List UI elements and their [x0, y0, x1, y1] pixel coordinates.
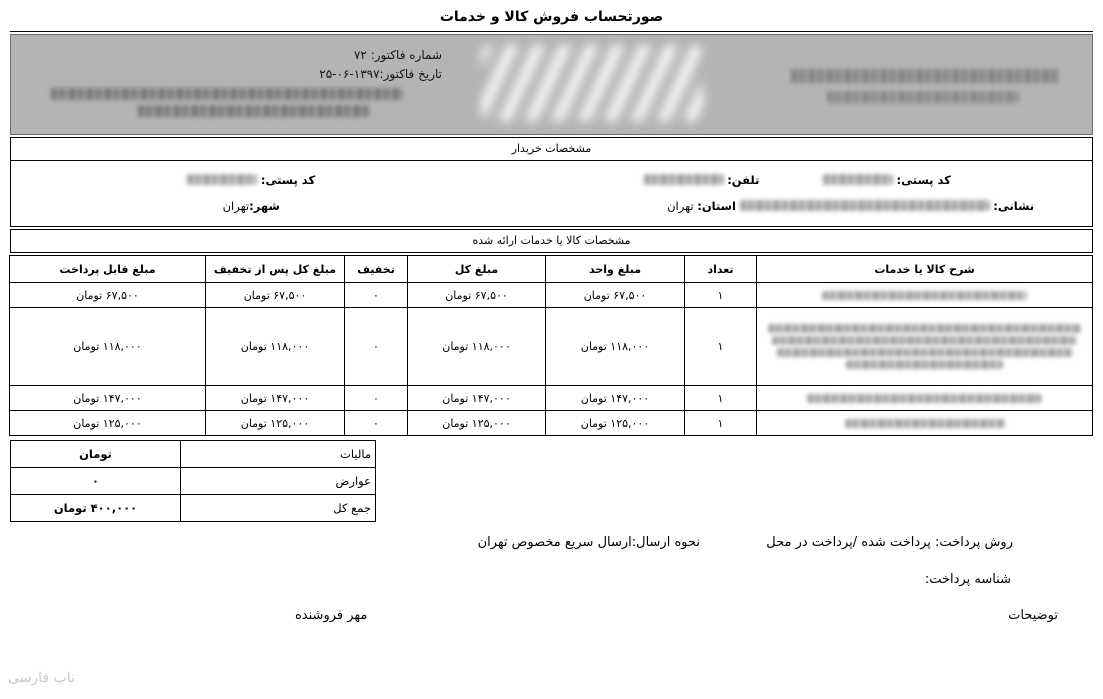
item-2-total: ۱۱۸,۰۰۰ تومان — [408, 308, 546, 386]
buyer-postal-code-2: کد پستی: — [71, 173, 431, 187]
items-header-row: شرح کالا یا خدمات تعداد مبلغ واحد مبلغ ک… — [10, 256, 1093, 283]
item-4-total: ۱۲۵,۰۰۰ تومان — [408, 411, 546, 436]
item-2-unit-price: ۱۱۸,۰۰۰ تومان — [546, 308, 685, 386]
item-row-3: ۱ ۱۴۷,۰۰۰ تومان ۱۴۷,۰۰۰ تومان ۰ ۱۴۷,۰۰۰ … — [10, 386, 1093, 411]
col-header-description: شرح کالا یا خدمات — [757, 256, 1093, 283]
items-section-title: مشخصات کالا یا خدمات ارائه شده — [10, 229, 1093, 253]
item-1-unit-price: ۶۷,۵۰۰ تومان — [546, 283, 685, 308]
item-1-total-after-discount: ۶۷,۵۰۰ تومان — [206, 283, 345, 308]
invoice-number-value: ۷۲ — [354, 48, 367, 62]
invoice-page: صورتحساب فروش کالا و خدمات شماره فاکتور:… — [0, 0, 1103, 699]
item-4-total-after-discount: ۱۲۵,۰۰۰ تومان — [206, 411, 345, 436]
redacted-store-name-line1 — [791, 69, 1059, 83]
buyer-city-label: شهر: — [249, 199, 280, 213]
tax-row: مالیات تومان — [11, 441, 376, 468]
item-4-description — [757, 411, 1093, 436]
item-3-discount: ۰ — [345, 386, 408, 411]
item-row-2: ۱ ۱۱۸,۰۰۰ تومان ۱۱۸,۰۰۰ تومان ۰ ۱۱۸,۰۰۰ … — [10, 308, 1093, 386]
buyer-postal-code-2-label: کد پستی: — [261, 173, 315, 187]
tax-value: تومان — [11, 441, 181, 468]
redacted-item-3-description — [807, 394, 1042, 403]
tax-label: مالیات — [181, 441, 376, 468]
redacted-item-2-description — [768, 324, 1082, 333]
remarks-label: توضیحات — [1008, 608, 1058, 623]
duties-value: ۰ — [11, 468, 181, 495]
redacted-item-1-description — [822, 291, 1027, 300]
col-header-total-after-discount: مبلغ کل پس از تخفیف — [206, 256, 345, 283]
invoice-footer: روش پرداخت: پرداخت شده /پرداخت در محل نح… — [0, 522, 1103, 694]
buyer-city-value: تهران — [223, 199, 250, 213]
buyer-phone: تلفن: — [521, 173, 881, 187]
redacted-seller-address-line1 — [51, 88, 403, 100]
duties-label: عوارض — [181, 468, 376, 495]
item-4-payable: ۱۲۵,۰۰۰ تومان — [10, 411, 206, 436]
item-3-total-after-discount: ۱۴۷,۰۰۰ تومان — [206, 386, 345, 411]
item-4-discount: ۰ — [345, 411, 408, 436]
page-title: صورتحساب فروش کالا و خدمات — [10, 0, 1093, 32]
redacted-seller-address-line2 — [138, 105, 370, 117]
invoice-header: شماره فاکتور: ۷۲ تاریخ فاکتور:۱۳۹۷-۰۶-۲۵ — [10, 34, 1093, 135]
item-2-total-after-discount: ۱۱۸,۰۰۰ تومان — [206, 308, 345, 386]
item-row-4: ۱ ۱۲۵,۰۰۰ تومان ۱۲۵,۰۰۰ تومان ۰ ۱۲۵,۰۰۰ … — [10, 411, 1093, 436]
item-1-payable: ۶۷,۵۰۰ تومان — [10, 283, 206, 308]
payment-method-text: روش پرداخت: پرداخت شده /پرداخت در محل — [766, 535, 1013, 550]
invoice-number-label: شماره فاکتور: — [371, 48, 442, 62]
buyer-section-title: مشخصات خریدار — [10, 137, 1093, 161]
item-2-discount: ۰ — [345, 308, 408, 386]
invoice-meta: شماره فاکتور: ۷۲ تاریخ فاکتور:۱۳۹۷-۰۶-۲۵ — [319, 46, 442, 84]
invoice-date-label: تاریخ فاکتور: — [380, 67, 442, 81]
redacted-item-4-description — [845, 419, 1005, 428]
item-3-payable: ۱۴۷,۰۰۰ تومان — [10, 386, 206, 411]
redacted-item-2-description — [772, 336, 1076, 345]
totals-table: مالیات تومان عوارض ۰ جمع کل ۴۰۰,۰۰۰ توما… — [10, 440, 376, 522]
watermark-text: ناپ فارسی — [8, 670, 75, 686]
buyer-phone-label: تلفن: — [727, 173, 759, 187]
duties-row: عوارض ۰ — [11, 468, 376, 495]
redacted-item-2-description — [846, 360, 1003, 369]
blurred-logo — [481, 45, 703, 121]
buyer-province: استان: تهران — [521, 199, 881, 213]
col-header-unit-price: مبلغ واحد — [546, 256, 685, 283]
invoice-date-line: تاریخ فاکتور:۱۳۹۷-۰۶-۲۵ — [319, 65, 442, 84]
invoice-number-line: شماره فاکتور: ۷۲ — [319, 46, 442, 65]
item-3-description — [757, 386, 1093, 411]
buyer-province-label: استان: — [697, 199, 736, 213]
item-3-unit-price: ۱۴۷,۰۰۰ تومان — [546, 386, 685, 411]
item-3-total: ۱۴۷,۰۰۰ تومان — [408, 386, 546, 411]
buyer-address-label: نشانی: — [993, 199, 1034, 213]
redacted-store-name-line2 — [827, 91, 1019, 103]
col-header-discount: تخفیف — [345, 256, 408, 283]
item-2-payable: ۱۱۸,۰۰۰ تومان — [10, 308, 206, 386]
buyer-city: شهر:تهران — [71, 199, 431, 213]
item-1-total: ۶۷,۵۰۰ تومان — [408, 283, 546, 308]
grand-total-value: ۴۰۰,۰۰۰ تومان — [11, 495, 181, 522]
items-table: شرح کالا یا خدمات تعداد مبلغ واحد مبلغ ک… — [9, 255, 1093, 436]
shipping-method-text: نحوه ارسال:ارسال سریع مخصوص تهران — [478, 535, 700, 550]
grand-total-label: جمع کل — [181, 495, 376, 522]
redacted-phone-value — [644, 174, 724, 185]
col-header-payable: مبلغ قابل پرداخت — [10, 256, 206, 283]
redacted-item-2-description — [777, 348, 1071, 357]
buyer-postal-code-label: کد پستی: — [897, 173, 951, 187]
redacted-postal-code-2-value — [187, 174, 257, 185]
grand-total-row: جمع کل ۴۰۰,۰۰۰ تومان — [11, 495, 376, 522]
item-1-description — [757, 283, 1093, 308]
item-2-description — [757, 308, 1093, 386]
item-1-quantity: ۱ — [685, 283, 757, 308]
payment-id-label: شناسه پرداخت: — [925, 572, 1011, 587]
item-4-unit-price: ۱۲۵,۰۰۰ تومان — [546, 411, 685, 436]
item-row-1: ۱ ۶۷,۵۰۰ تومان ۶۷,۵۰۰ تومان ۰ ۶۷,۵۰۰ توم… — [10, 283, 1093, 308]
buyer-details: کد پستی: تلفن: کد پستی: نشانی: استان: ته… — [10, 161, 1093, 227]
col-header-total: مبلغ کل — [408, 256, 546, 283]
col-header-quantity: تعداد — [685, 256, 757, 283]
item-1-discount: ۰ — [345, 283, 408, 308]
item-3-quantity: ۱ — [685, 386, 757, 411]
item-2-quantity: ۱ — [685, 308, 757, 386]
seller-stamp-label: مهر فروشنده — [295, 608, 367, 623]
invoice-date-value: ۱۳۹۷-۰۶-۲۵ — [319, 67, 379, 81]
item-4-quantity: ۱ — [685, 411, 757, 436]
buyer-province-value: تهران — [667, 199, 694, 213]
